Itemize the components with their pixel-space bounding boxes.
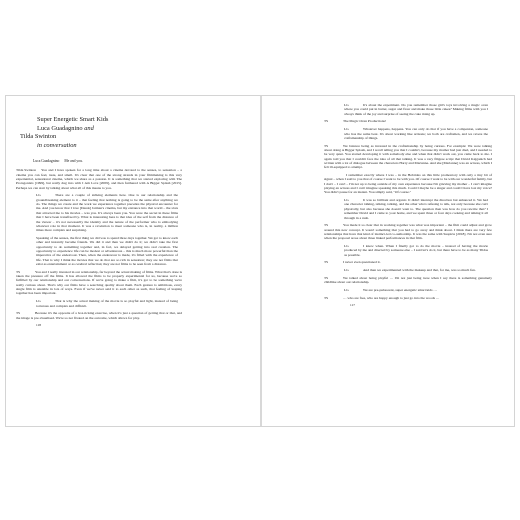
title-block: Super Energetic Smart Kids Luca Guadagni… — [37, 116, 108, 150]
paragraph-text: And then we experimented with the makeup… — [363, 268, 476, 272]
paragraph: TSWe talked about being playful … I'm no… — [324, 276, 492, 285]
paragraph-text: There are a couple of striking elements … — [36, 193, 178, 232]
paragraph-text: The Magic Oven Productions! — [343, 119, 386, 123]
paragraph-text: I remember exactly where I was – in the … — [324, 173, 492, 194]
speaker-label: TS — [324, 296, 338, 300]
paragraph-text: … who are free, who are happy enough to … — [343, 296, 439, 300]
paragraph: TSYou and I really invested in our relat… — [16, 270, 182, 296]
paragraph-text: It was so brilliant and organic. It didn… — [344, 198, 488, 219]
paragraph-text: You and I have spoken for a long time ab… — [16, 168, 182, 189]
paragraph: LGIt's about the experiment. Do you reme… — [344, 103, 488, 116]
paragraph: TSYou made it so clear that in working t… — [324, 223, 492, 240]
paragraph-text: Whatever happens, happens. You can only … — [344, 127, 488, 140]
paragraph: LGThere are a couple of striking element… — [36, 193, 178, 232]
author-two: Tilda Swinton — [20, 133, 108, 142]
left-column: Luca GuadagninoMe and you. Tilda Swinton… — [16, 159, 182, 328]
paragraph: LGThat is why the actual making of the m… — [36, 299, 178, 308]
paragraph-text: You made it so clear that in working tog… — [324, 223, 492, 240]
speaker-label: TS — [324, 119, 338, 123]
paragraph-text: Because it's the opposite of a box-ticki… — [16, 311, 182, 319]
opening-line: Luca GuadagninoMe and you. — [33, 159, 182, 163]
paragraph: LGAnd then we experimented with the make… — [344, 268, 488, 272]
paragraph-text: It's about the experiment. Do you rememb… — [344, 103, 488, 116]
paragraph: TSWe balance being as invested in the cr… — [324, 144, 492, 170]
speaker-label: TS — [324, 260, 338, 264]
paragraph: LGIt was so brilliant and organic. It di… — [344, 198, 488, 220]
author-line-1: Luca Guadagnino and — [37, 125, 108, 134]
paragraph-text: Speaking of the senses, the first thing … — [36, 236, 178, 266]
speaker-label: LG — [344, 288, 358, 292]
paragraph-text: We are pre-pubescent, super energetic sm… — [363, 288, 437, 292]
paragraph: LGWe are pre-pubescent, super energetic … — [344, 288, 488, 292]
opening-text: Me and you. — [64, 159, 83, 163]
paragraph-text: That is why the actual making of the mov… — [36, 299, 178, 307]
paragraph: TSI never even questioned it. — [324, 260, 492, 264]
author-conjunction: and — [84, 125, 94, 132]
subtitle: in conversation — [37, 142, 108, 151]
paragraph-text: I never even questioned it. — [343, 260, 381, 264]
paragraph: TS… who are free, who are happy enough t… — [324, 296, 492, 300]
paragraph-text: You and I really invested in our relatio… — [16, 270, 182, 296]
paragraph: TSBecause it's the opposite of a box-tic… — [16, 311, 182, 320]
page-number-left: 118 — [36, 323, 182, 327]
paragraph: LGWhatever happens, happens. You can onl… — [344, 127, 488, 140]
speaker-label: LG — [344, 268, 358, 272]
right-column: LGIt's about the experiment. Do you reme… — [324, 103, 492, 308]
paragraph: TSThe Magic Oven Productions! — [324, 119, 492, 123]
left-page: Super Energetic Smart Kids Luca Guadagni… — [6, 96, 260, 426]
book-spread: Super Energetic Smart Kids Luca Guadagni… — [5, 95, 515, 427]
paragraph: Speaking of the senses, the first thing … — [36, 236, 178, 266]
paragraph: LGI know when. When I finally got to do … — [344, 244, 488, 257]
left-paragraphs: Tilda SwintonYou and I have spoken for a… — [16, 168, 182, 320]
right-paragraphs: LGIt's about the experiment. Do you reme… — [324, 103, 492, 300]
essay-title: Super Energetic Smart Kids — [37, 116, 108, 125]
paragraph-text: We balance being as invested in the craf… — [324, 144, 492, 170]
page-number-right: 117 — [350, 303, 492, 307]
paragraph: Tilda SwintonYou and I have spoken for a… — [16, 168, 182, 190]
paragraph-text: We talked about being playful … I'm not … — [324, 276, 492, 284]
paragraph: I remember exactly where I was – in the … — [324, 173, 492, 195]
author-one: Luca Guadagnino — [37, 125, 83, 132]
paragraph-text: I know when. When I finally got to do th… — [344, 244, 488, 257]
right-page: LGIt's about the experiment. Do you reme… — [262, 96, 514, 426]
speaker-label: Luca Guadagnino — [33, 159, 59, 163]
